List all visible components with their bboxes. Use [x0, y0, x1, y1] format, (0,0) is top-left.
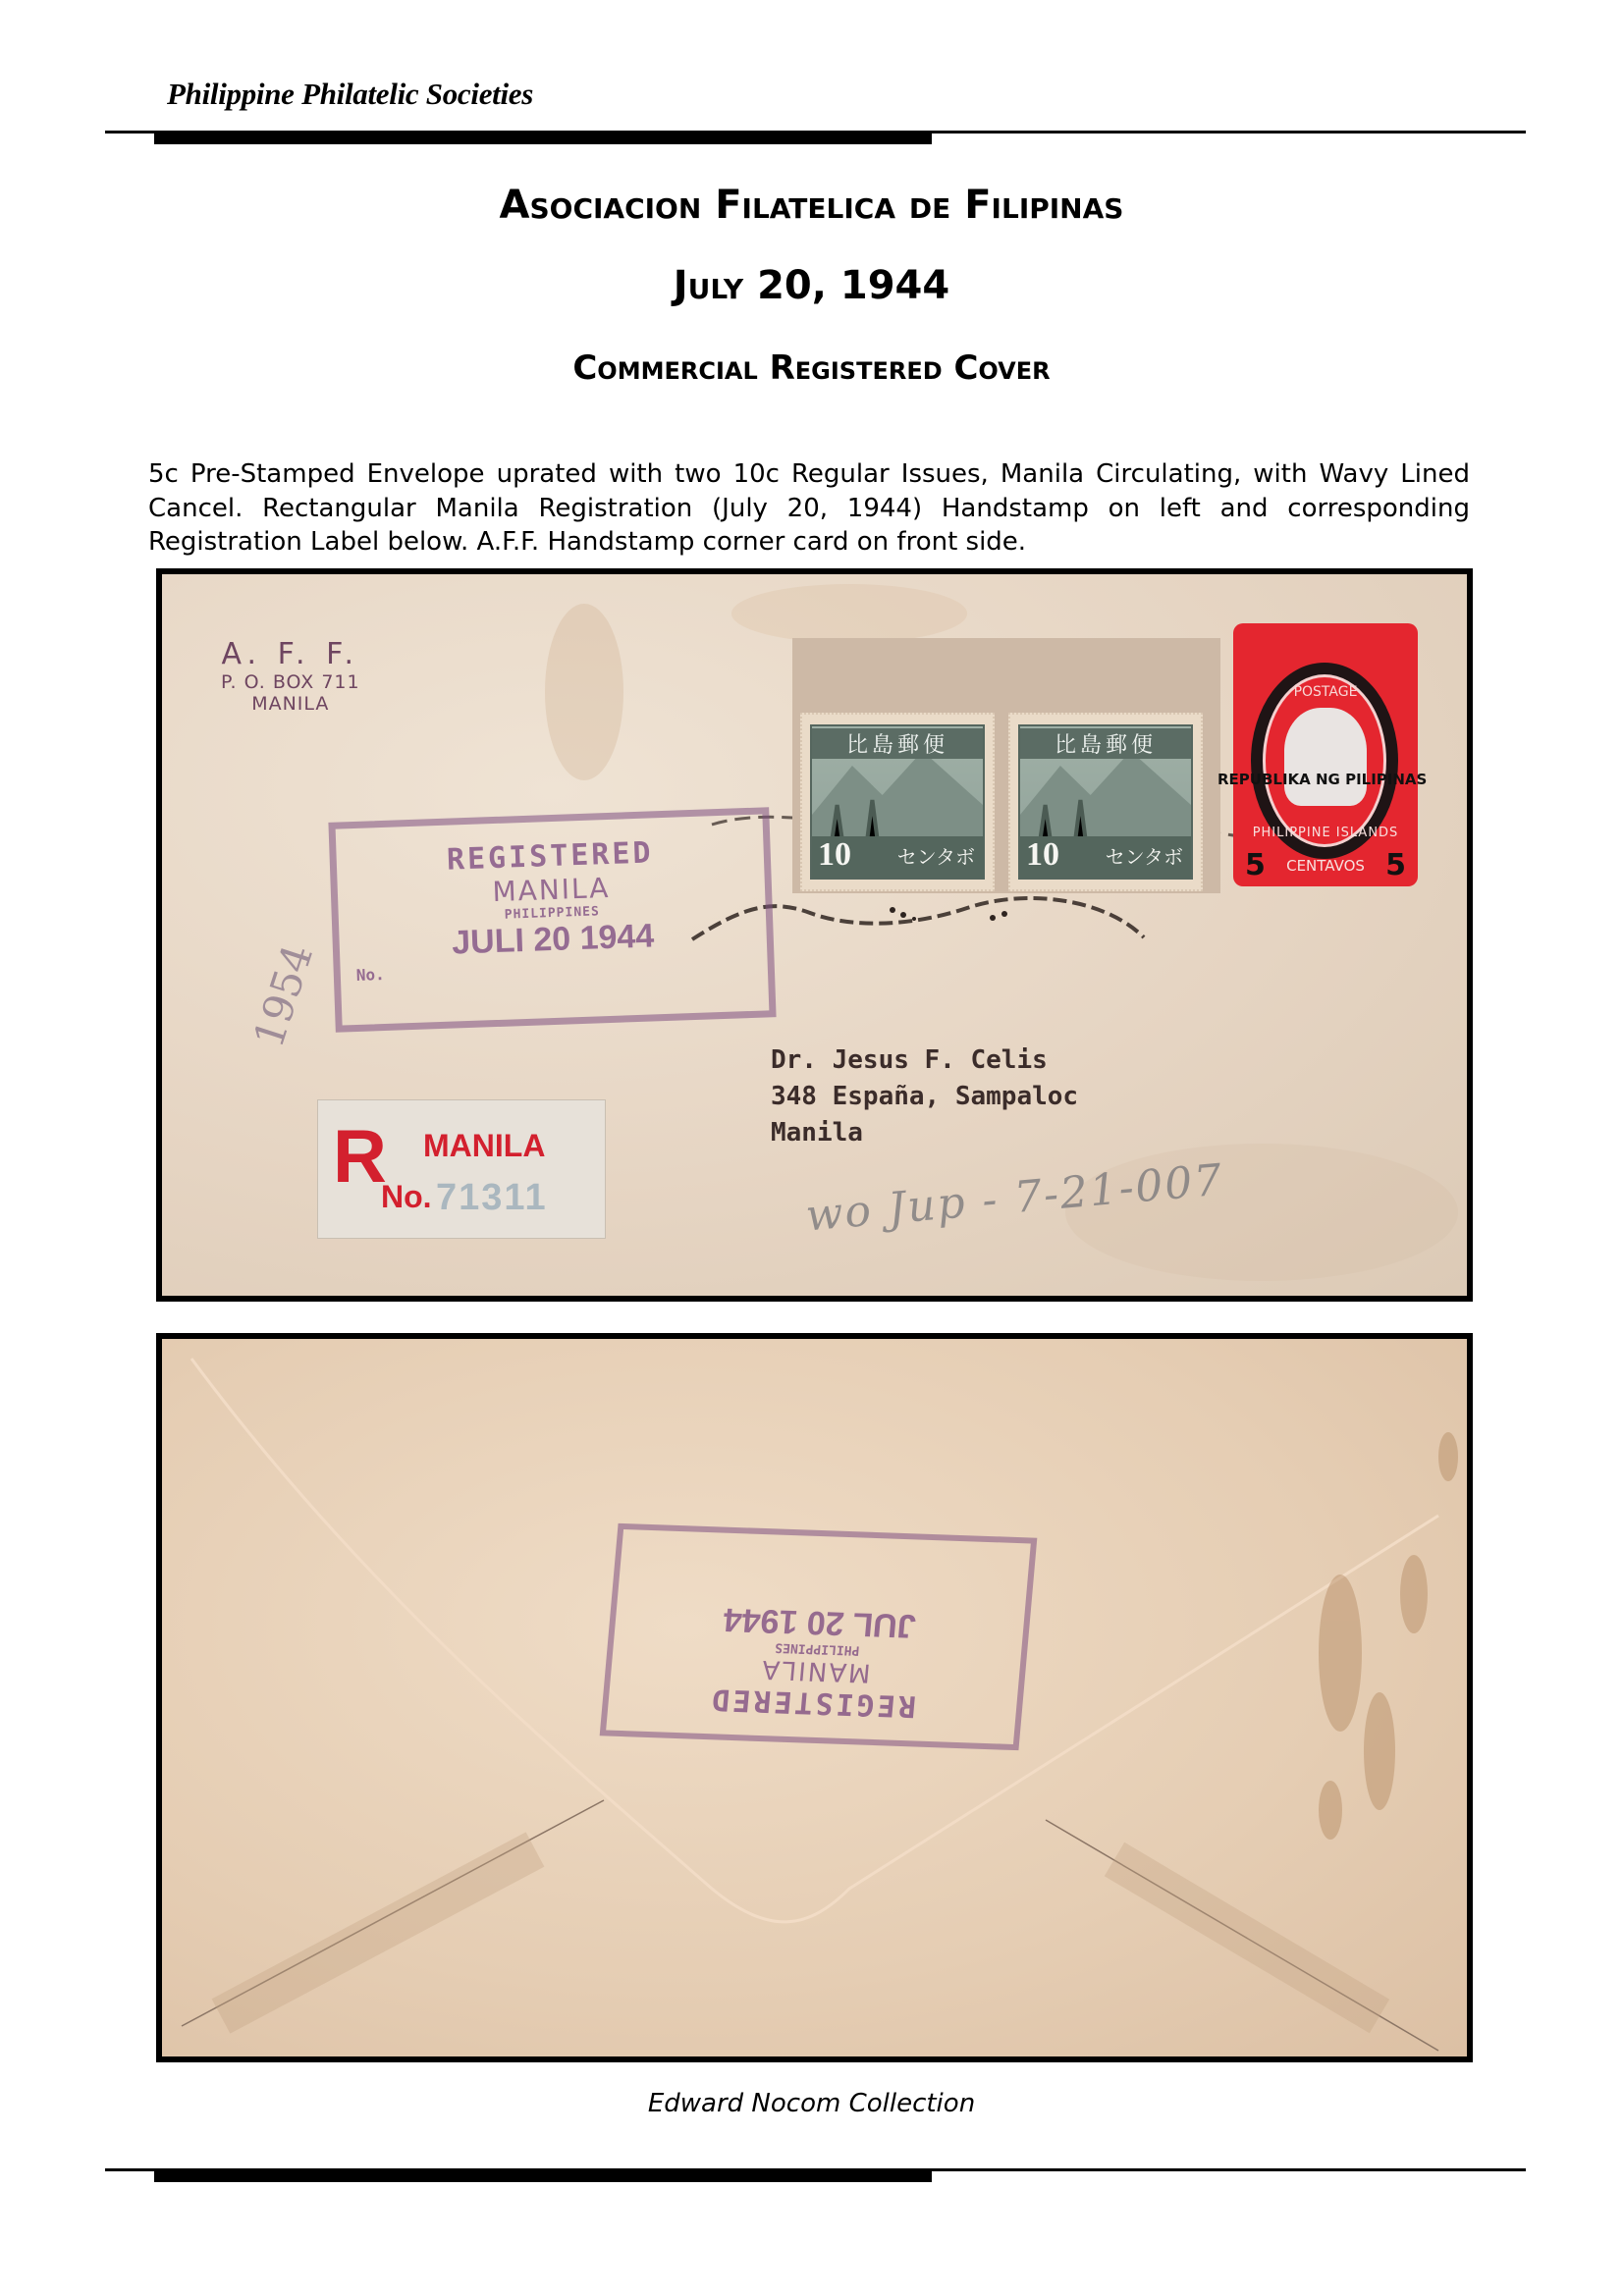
imprint-value-right: 5: [1385, 848, 1406, 882]
corner-card-box: P. O. BOX 711: [221, 671, 360, 693]
aff-corner-card: A. F. F. P. O. BOX 711 MANILA: [221, 637, 360, 715]
reg-label-letter: R: [333, 1120, 387, 1195]
stamp-currency: センタボ: [1106, 841, 1183, 870]
address-line-street: 348 España, Sampaloc: [771, 1079, 1078, 1115]
collection-caption: Edward Nocom Collection: [0, 2089, 1623, 2118]
stamp-currency: センタボ: [897, 841, 975, 870]
address-line-name: Dr. Jesus F. Celis: [771, 1042, 1078, 1079]
stamp-value: 10: [818, 836, 851, 874]
reg-label-city: MANILA: [423, 1128, 545, 1164]
corner-card-city: MANILA: [221, 693, 360, 715]
date-title: July 20, 1944: [0, 263, 1623, 308]
stamp-value: 10: [1026, 836, 1059, 874]
stamp-design: 比島郵便 10 センタボ: [1018, 724, 1193, 880]
reg-label-no: No.: [381, 1179, 432, 1215]
registration-label: R MANILA No. 71311: [317, 1099, 606, 1239]
imprint-overprint: REPUBLIKA NG PILIPINAS: [1217, 771, 1427, 788]
footer-rule-thick: [154, 2171, 932, 2182]
society-title: Asociacion Filatelica de Filipinas: [0, 183, 1623, 228]
stamp-inscription: 比島郵便: [812, 728, 983, 759]
imprint-country: PHILIPPINE ISLANDS: [1233, 826, 1418, 840]
stamp-inscription: 比島郵便: [1020, 728, 1191, 759]
address-line-city: Manila: [771, 1115, 1078, 1151]
farmer-portrait-icon: [1284, 708, 1367, 806]
cover-description: 5c Pre-Stamped Envelope uprated with two…: [148, 457, 1470, 560]
registration-handstamp-back: REGISTERED MANILA PHILIPPINES JUL 20 194…: [600, 1523, 1038, 1750]
header-rule-thick: [154, 133, 932, 144]
stamp-10c-right: 比島郵便 10 センタボ: [1008, 713, 1203, 891]
front-cover-image: A. F. F. P. O. BOX 711 MANILA REGISTERED…: [156, 568, 1473, 1302]
subject-title: Commercial Registered Cover: [0, 348, 1623, 388]
stamp-pair-selvage: 比島郵便 10 センタボ 比島郵便 10 センタボ: [792, 638, 1220, 893]
stamp-10c-left: 比島郵便 10 センタボ: [800, 713, 995, 891]
recipient-address: Dr. Jesus F. Celis 348 España, Sampaloc …: [771, 1042, 1078, 1151]
registration-handstamp-front: REGISTERED MANILA PHILIPPINES JULI 20 19…: [328, 807, 776, 1033]
running-header-title: Philippine Philatelic Societies: [167, 77, 533, 112]
reg-label-number: 71311: [436, 1177, 548, 1219]
imprint-postage-label: POSTAGE: [1233, 684, 1418, 700]
back-cover-image: REGISTERED MANILA PHILIPPINES JUL 20 194…: [156, 1333, 1473, 2062]
corner-card-initials: A. F. F.: [221, 637, 360, 671]
imprinted-postage-stamp: POSTAGE PHILIPPINE ISLANDS REPUBLIKA NG …: [1233, 623, 1418, 886]
stamp-design: 比島郵便 10 センタボ: [810, 724, 985, 880]
